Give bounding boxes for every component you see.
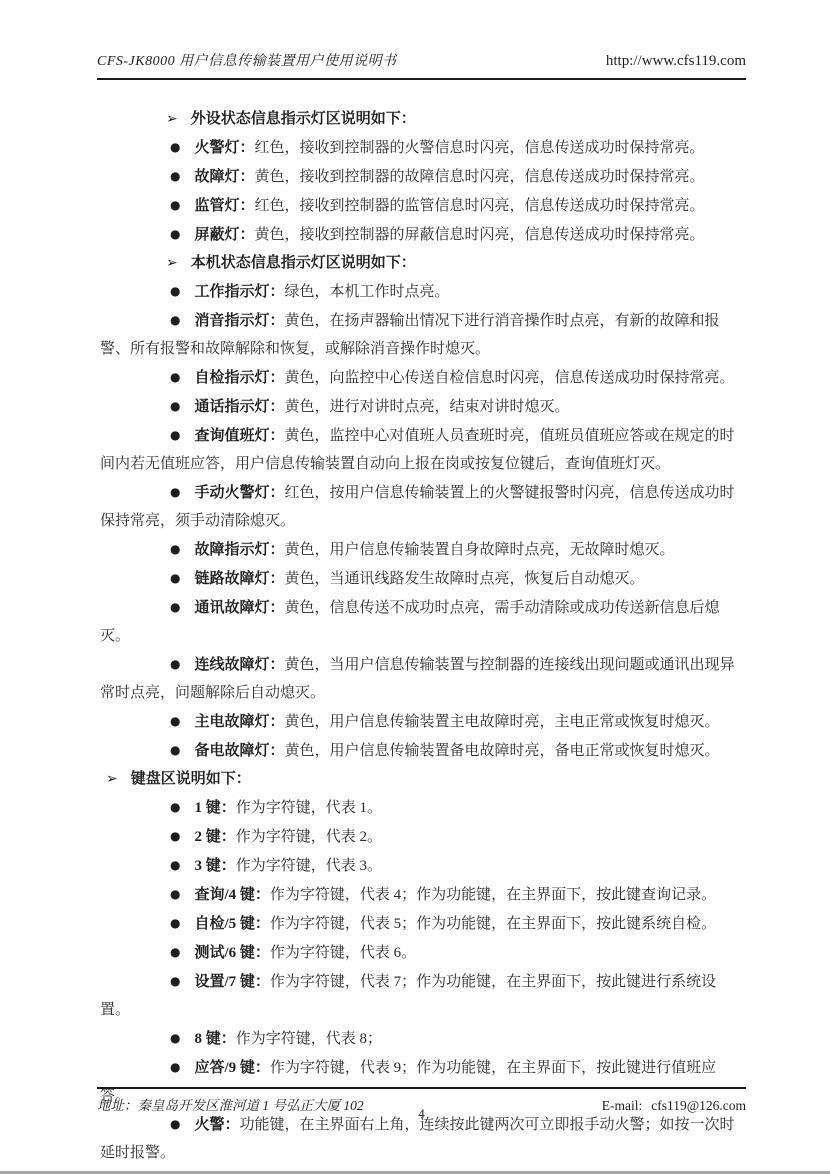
arrow-bullet-icon: ➢ [103, 765, 118, 793]
section-heading-text: 本机状态信息指示灯区说明如下： [191, 255, 416, 271]
item-label: 工作指示灯： [194, 284, 284, 300]
item-description: 作为字符键，代表 6。 [270, 945, 416, 961]
dot-bullet-icon: ● [135, 220, 180, 248]
item-description: 作为字符键，代表 4；作为功能键，在主界面下，按此键查询记录。 [270, 887, 716, 903]
item-label: 手动火警灯： [194, 485, 284, 501]
item-label: 2 键： [194, 829, 235, 845]
item-label: 火警灯： [194, 140, 254, 156]
dot-bullet-icon: ● [135, 967, 180, 995]
list-item: ●故障灯：黄色，接收到控制器的故障信息时闪亮，信息传送成功时保持常亮。 [100, 162, 746, 191]
list-item: ●通话指示灯：黄色，进行对讲时点亮，结束对讲时熄灭。 [100, 392, 746, 421]
item-description: 黄色，用户信息传输装置自身故障时点亮，无故障时熄灭。 [285, 542, 675, 558]
dot-bullet-icon: ● [135, 162, 180, 190]
list-item: ●火警灯：红色，接收到控制器的火警信息时闪亮，信息传送成功时保持常亮。 [100, 133, 746, 162]
item-description: 黄色，进行对讲时点亮，结束对讲时熄灭。 [285, 399, 570, 415]
item-label: 自检指示灯： [194, 370, 284, 386]
list-item: ●工作指示灯：绿色，本机工作时点亮。 [100, 277, 746, 306]
dot-bullet-icon: ● [135, 1024, 180, 1052]
dot-bullet-icon: ● [135, 133, 180, 161]
list-item: ●自检指示灯：黄色，向监控中心传送自检信息时闪亮，信息传送成功时保持常亮。 [100, 363, 746, 392]
item-label: 设置/7 键： [194, 974, 269, 990]
section-heading: ➢外设状态信息指示灯区说明如下： [100, 105, 746, 133]
item-description: 红色，接收到控制器的火警信息时闪亮，信息传送成功时保持常亮。 [255, 140, 705, 156]
item-label: 查询值班灯： [194, 428, 284, 444]
dot-bullet-icon: ● [135, 793, 180, 821]
item-description: 黄色，接收到控制器的屏蔽信息时闪亮，信息传送成功时保持常亮。 [255, 227, 705, 243]
item-description: 黄色，信息传送不成功时点亮，需手动清除或成功传送新信息后熄灭。 [100, 600, 720, 644]
item-description: 作为字符键，代表 8； [236, 1031, 382, 1047]
dot-bullet-icon: ● [135, 363, 180, 391]
item-description: 黄色，当通讯线路发生故障时点亮，恢复后自动熄灭。 [285, 571, 645, 587]
item-label: 应答/9 键： [194, 1060, 269, 1076]
item-label: 屏蔽灯： [194, 227, 254, 243]
item-label: 连线故障灯： [194, 657, 284, 673]
list-item: ●备电故障灯：黄色，用户信息传输装置备电故障时亮，备电正常或恢复时熄灭。 [100, 736, 746, 765]
item-description: 作为字符键，代表 7；作为功能键，在主界面下，按此键进行系统设置。 [100, 974, 716, 1018]
list-item: ●8 键：作为字符键，代表 8； [100, 1024, 746, 1053]
dot-bullet-icon: ● [135, 277, 180, 305]
dot-bullet-icon: ● [135, 593, 180, 621]
page-number: 4 [97, 1106, 746, 1122]
arrow-bullet-icon: ➢ [133, 249, 178, 277]
list-item: ●自检/5 键：作为字符键，代表 5；作为功能键，在主界面下，按此键系统自检。 [100, 909, 746, 938]
dot-bullet-icon: ● [135, 909, 180, 937]
list-item: ●监管灯：红色，接收到控制器的监管信息时闪亮，信息传送成功时保持常亮。 [100, 191, 746, 220]
item-label: 自检/5 键： [194, 916, 269, 932]
section-heading-text: 键盘区说明如下： [131, 771, 251, 787]
item-description: 作为字符键，代表 1。 [236, 800, 382, 816]
dot-bullet-icon: ● [135, 851, 180, 879]
item-label: 故障灯： [194, 169, 254, 185]
list-item: ●手动火警灯：红色，按用户信息传输装置上的火警键报警时闪亮，信息传送成功时保持常… [100, 478, 746, 535]
dot-bullet-icon: ● [135, 392, 180, 420]
item-label: 监管灯： [194, 198, 254, 214]
dot-bullet-icon: ● [135, 478, 180, 506]
list-item: ●链路故障灯：黄色，当通讯线路发生故障时点亮，恢复后自动熄灭。 [100, 564, 746, 593]
dot-bullet-icon: ● [135, 707, 180, 735]
item-description: 作为字符键，代表 3。 [236, 858, 382, 874]
item-label: 查询/4 键： [194, 887, 269, 903]
item-description: 黄色，在扬声器输出情况下进行消音操作时点亮，有新的故障和报警、所有报警和故障解除… [100, 313, 720, 357]
item-description: 黄色，向监控中心传送自检信息时闪亮，信息传送成功时保持常亮。 [285, 370, 735, 386]
item-description: 作为字符键，代表 2。 [236, 829, 382, 845]
list-item: ●2 键：作为字符键，代表 2。 [100, 822, 746, 851]
item-label: 通话指示灯： [194, 399, 284, 415]
item-label: 链路故障灯： [194, 571, 284, 587]
document-body: ➢外设状态信息指示灯区说明如下： ●火警灯：红色，接收到控制器的火警信息时闪亮，… [100, 105, 746, 1167]
section-items: ●火警灯：红色，接收到控制器的火警信息时闪亮，信息传送成功时保持常亮。●故障灯：… [100, 133, 746, 249]
list-item: ●3 键：作为字符键，代表 3。 [100, 851, 746, 880]
document-page: CFS-JK8000 用户信息传输装置用户使用说明书 http://www.cf… [0, 0, 830, 1174]
item-label: 消音指示灯： [194, 313, 284, 329]
dot-bullet-icon: ● [135, 191, 180, 219]
document-title: CFS-JK8000 用户信息传输装置用户使用说明书 [97, 50, 397, 70]
list-item: ●连线故障灯：黄色，当用户信息传输装置与控制器的连接线出现问题或通讯出现异常时点… [100, 650, 746, 707]
section-items: ●工作指示灯：绿色，本机工作时点亮。●消音指示灯：黄色，在扬声器输出情况下进行消… [100, 277, 746, 765]
dot-bullet-icon: ● [135, 564, 180, 592]
dot-bullet-icon: ● [135, 535, 180, 563]
section: ➢本机状态信息指示灯区说明如下： ●工作指示灯：绿色，本机工作时点亮。●消音指示… [100, 249, 746, 765]
item-label: 备电故障灯： [194, 743, 284, 759]
dot-bullet-icon: ● [135, 822, 180, 850]
list-item: ●故障指示灯：黄色，用户信息传输装置自身故障时点亮，无故障时熄灭。 [100, 535, 746, 564]
item-label: 1 键： [194, 800, 235, 816]
list-item: ●测试/6 键：作为字符键，代表 6。 [100, 938, 746, 967]
list-item: ●查询/4 键：作为字符键，代表 4；作为功能键，在主界面下，按此键查询记录。 [100, 880, 746, 909]
item-label: 8 键： [194, 1031, 235, 1047]
item-description: 绿色，本机工作时点亮。 [285, 284, 450, 300]
list-item: ●1 键：作为字符键，代表 1。 [100, 793, 746, 822]
list-item: ●屏蔽灯：黄色，接收到控制器的屏蔽信息时闪亮，信息传送成功时保持常亮。 [100, 220, 746, 249]
list-item: ●设置/7 键：作为字符键，代表 7；作为功能键，在主界面下，按此键进行系统设置… [100, 967, 746, 1024]
dot-bullet-icon: ● [135, 650, 180, 678]
section-heading: ➢本机状态信息指示灯区说明如下： [100, 249, 746, 277]
item-label: 通讯故障灯： [194, 600, 284, 616]
list-item: ●消音指示灯：黄色，在扬声器输出情况下进行消音操作时点亮，有新的故障和报警、所有… [100, 306, 746, 363]
item-description: 黄色，用户信息传输装置备电故障时亮，备电正常或恢复时熄灭。 [285, 743, 720, 759]
item-description: 红色，接收到控制器的监管信息时闪亮，信息传送成功时保持常亮。 [255, 198, 705, 214]
section-heading: ➢键盘区说明如下： [100, 765, 746, 793]
item-description: 黄色，接收到控制器的故障信息时闪亮，信息传送成功时保持常亮。 [255, 169, 705, 185]
item-label: 故障指示灯： [194, 542, 284, 558]
dot-bullet-icon: ● [135, 421, 180, 449]
list-item: ●通讯故障灯：黄色，信息传送不成功时点亮，需手动清除或成功传送新信息后熄灭。 [100, 593, 746, 650]
list-item: ●查询值班灯：黄色，监控中心对值班人员查班时亮，值班员值班应答或在规定的时间内若… [100, 421, 746, 478]
item-label: 测试/6 键： [194, 945, 269, 961]
item-description: 黄色，用户信息传输装置主电故障时亮，主电正常或恢复时熄灭。 [285, 714, 720, 730]
section-heading-text: 外设状态信息指示灯区说明如下： [191, 111, 416, 127]
section: ➢外设状态信息指示灯区说明如下： ●火警灯：红色，接收到控制器的火警信息时闪亮，… [100, 105, 746, 249]
dot-bullet-icon: ● [135, 306, 180, 334]
item-label: 3 键： [194, 858, 235, 874]
dot-bullet-icon: ● [135, 938, 180, 966]
dot-bullet-icon: ● [135, 880, 180, 908]
item-description: 作为字符键，代表 5；作为功能键，在主界面下，按此键系统自检。 [270, 916, 716, 932]
header-url: http://www.cfs119.com [606, 53, 746, 70]
dot-bullet-icon: ● [135, 1053, 180, 1081]
page-header: CFS-JK8000 用户信息传输装置用户使用说明书 http://www.cf… [97, 50, 746, 80]
arrow-bullet-icon: ➢ [133, 105, 178, 133]
item-label: 主电故障灯： [194, 714, 284, 730]
list-item: ●主电故障灯：黄色，用户信息传输装置主电故障时亮，主电正常或恢复时熄灭。 [100, 707, 746, 736]
dot-bullet-icon: ● [135, 736, 180, 764]
